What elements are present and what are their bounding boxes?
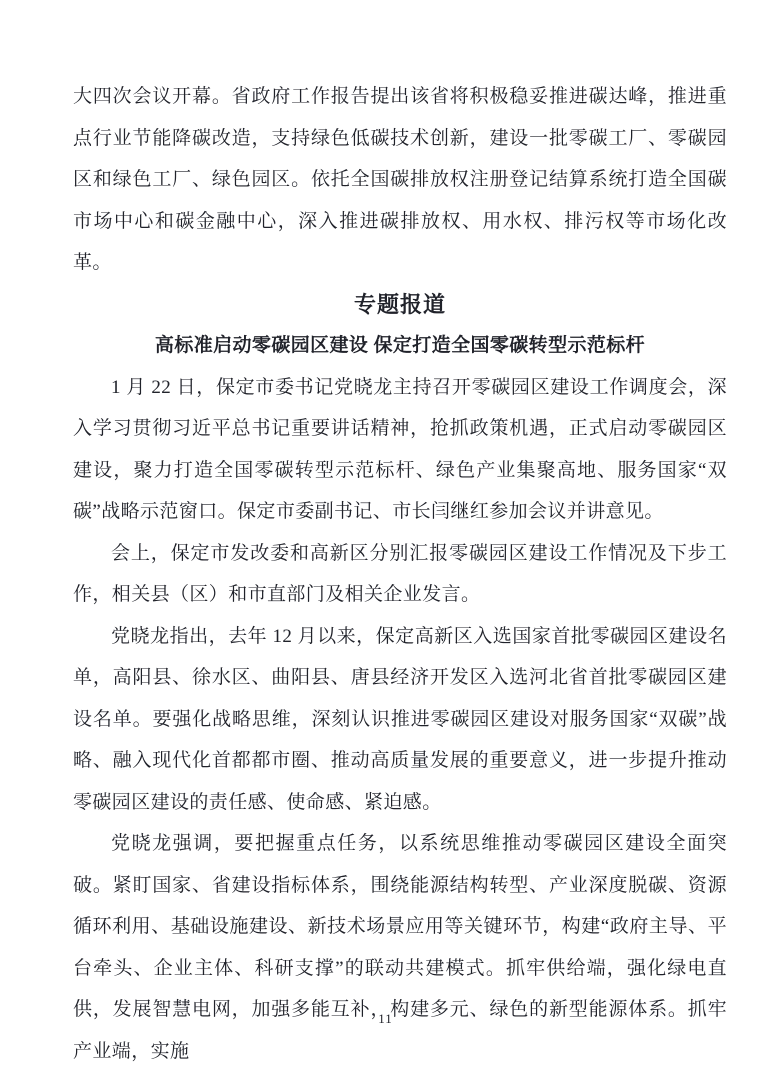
article-title: 高标准启动零碳园区建设 保定打造全国零碳转型示范标杆: [73, 325, 727, 367]
section-title: 专题报道: [73, 284, 727, 326]
document-page: 大四次会议开幕。省政府工作报告提出该省将积极稳妥推进碳达峰，推进重点行业节能降碳…: [0, 0, 771, 1084]
paragraph-meeting-intro: 1 月 22 日，保定市委书记党晓龙主持召开零碳园区建设工作调度会，深入学习贯彻…: [73, 367, 727, 533]
page-footer: 11: [0, 1010, 771, 1028]
page-number: 11: [378, 1011, 393, 1026]
paragraph-dangxiaolong-emphasized: 党晓龙强调，要把握重点任务，以系统思维推动零碳园区建设全面突破。紧盯国家、省建设…: [73, 823, 727, 1072]
paragraph-dangxiaolong-pointed-out: 党晓龙指出，去年 12 月以来，保定高新区入选国家首批零碳园区建设名单，高阳县、…: [73, 616, 727, 824]
paragraph-continuation: 大四次会议开幕。省政府工作报告提出该省将积极稳妥推进碳达峰，推进重点行业节能降碳…: [73, 76, 727, 284]
page-content: 大四次会议开幕。省政府工作报告提出该省将积极稳妥推进碳达峰，推进重点行业节能降碳…: [73, 76, 727, 1072]
paragraph-meeting-reports: 会上，保定市发改委和高新区分别汇报零碳园区建设工作情况及下步工作，相关县（区）和…: [73, 533, 727, 616]
